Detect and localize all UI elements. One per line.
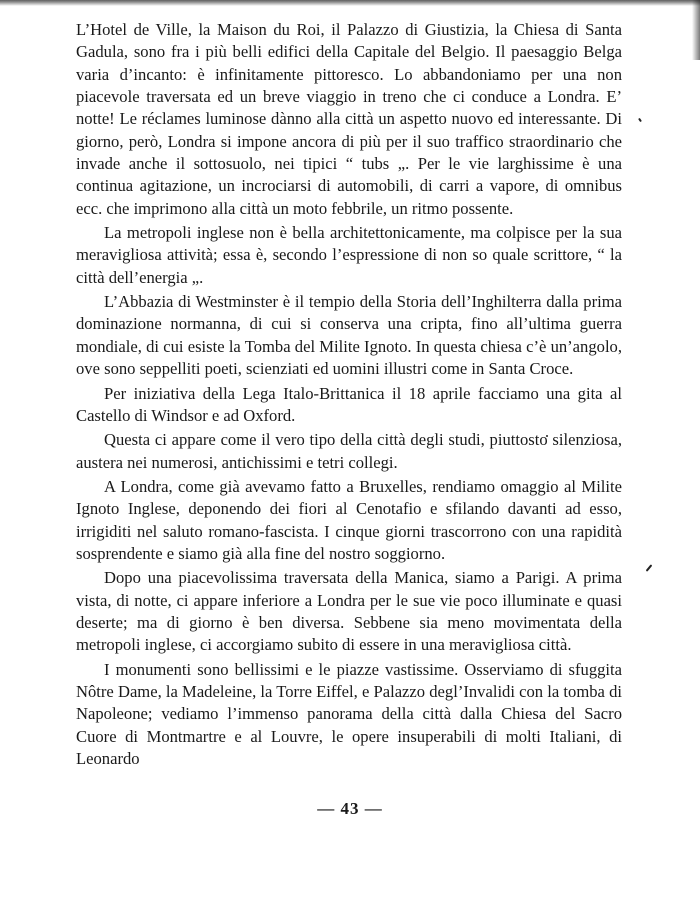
scan-edge-top: [0, 0, 700, 6]
paragraph: L’Hotel de Ville, la Maison du Roi, il P…: [76, 19, 622, 220]
paragraph: Per iniziativa della Lega Italo-Brittani…: [76, 383, 622, 428]
paragraph: I monumenti sono bellissimi e le piazze …: [76, 659, 622, 771]
page-number: — 43 —: [0, 799, 700, 819]
paragraph: La metropoli inglese non è bella archite…: [76, 222, 622, 289]
scan-speck: [646, 564, 653, 571]
page-body: L’Hotel de Ville, la Maison du Roi, il P…: [76, 19, 622, 772]
paragraph: A Londra, come già avevamo fatto a Bruxe…: [76, 476, 622, 565]
scan-speck: [638, 118, 642, 122]
paragraph: Questa ci appare come il vero tipo della…: [76, 429, 622, 474]
scan-edge-right: [692, 0, 700, 60]
paragraph: Dopo una piacevolissima traversata della…: [76, 567, 622, 656]
paragraph: L’Abbazia di Westminster è il tempio del…: [76, 291, 622, 380]
